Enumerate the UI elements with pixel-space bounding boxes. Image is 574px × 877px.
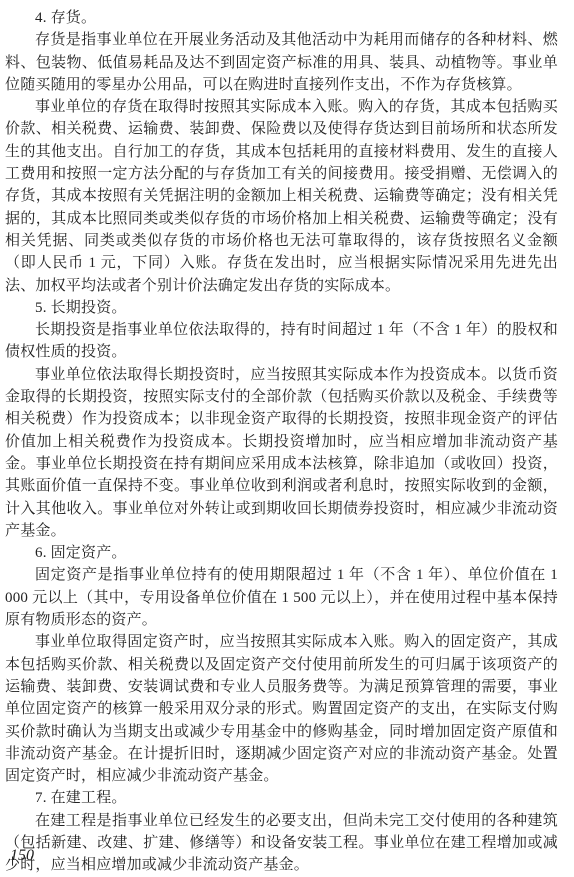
paragraph: 存货是指事业单位在开展业务活动及其他活动中为耗用而储存的各种材料、燃料、包装物、… [5,29,558,96]
section-inventory: 4. 存货。 存货是指事业单位在开展业务活动及其他活动中为耗用而储存的各种材料、… [5,7,558,297]
section-heading: 7. 在建工程。 [5,787,558,809]
paragraph: 长期投资是指事业单位依法取得的，持有时间超过 1 年（不含 1 年）的股权和债权… [5,319,558,364]
paragraph: 固定资产是指事业单位持有的使用期限超过 1 年（不含 1 年）、单位价值在 1 … [5,564,558,631]
section-construction-in-progress: 7. 在建工程。 在建工程是指事业单位已经发生的必要支出，但尚未完工交付使用的各… [5,787,558,876]
section-heading: 4. 存货。 [5,7,558,29]
paragraph: 在建工程是指事业单位已经发生的必要支出，但尚未完工交付使用的各种建筑（包括新建、… [5,810,558,877]
section-long-term-investment: 5. 长期投资。 长期投资是指事业单位依法取得的，持有时间超过 1 年（不含 1… [5,297,558,542]
page-number: 150 [10,845,34,867]
paragraph: 事业单位取得固定资产时，应当按照其实际成本入账。购入的固定资产，其成本包括购买价… [5,631,558,787]
section-heading: 5. 长期投资。 [5,297,558,319]
document-page: 4. 存货。 存货是指事业单位在开展业务活动及其他活动中为耗用而储存的各种材料、… [0,0,574,877]
paragraph: 事业单位依法取得长期投资时，应当按照其实际成本作为投资成本。以货币资金取得的长期… [5,364,558,542]
section-fixed-assets: 6. 固定资产。 固定资产是指事业单位持有的使用期限超过 1 年（不含 1 年）… [5,542,558,787]
paragraph: 事业单位的存货在取得时按照其实际成本入账。购入的存货，其成本包括购买价款、相关税… [5,96,558,297]
section-heading: 6. 固定资产。 [5,542,558,564]
